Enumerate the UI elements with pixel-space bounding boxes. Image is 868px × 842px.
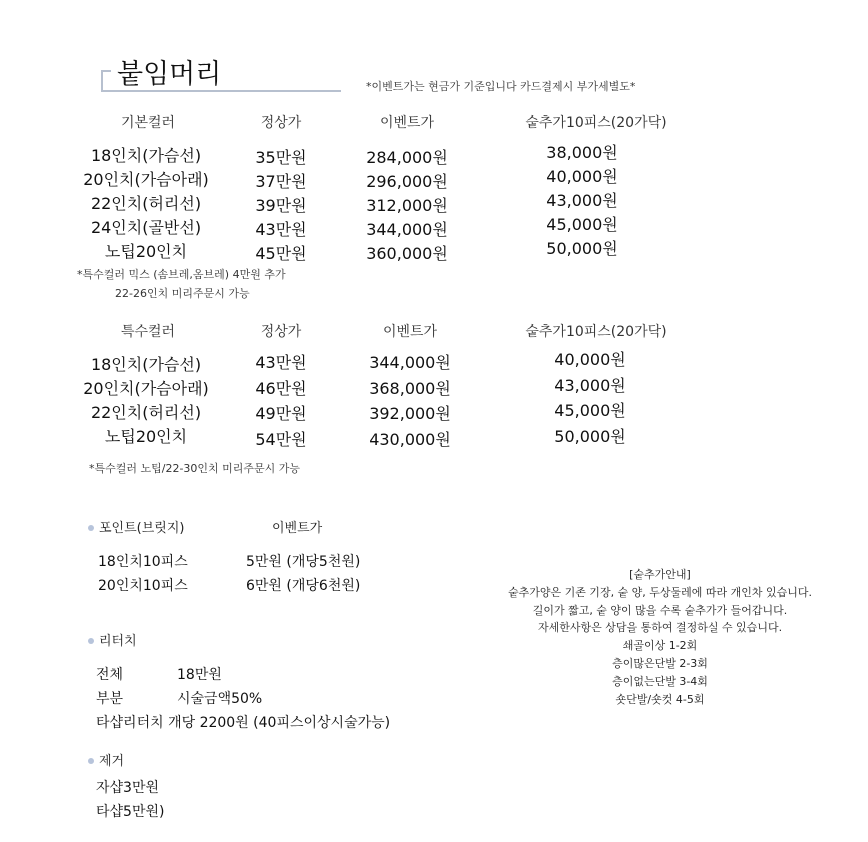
table-cell: 40,000원 <box>492 164 672 187</box>
table-cell: 54만원 <box>236 427 326 450</box>
point-price-header: 이벤트가 <box>272 517 322 536</box>
table-cell: 430,000원 <box>345 427 475 450</box>
guide-line: 길이가 짧고, 숱 양이 많을 수록 숱추가가 들어갑니다. <box>495 602 825 620</box>
table-cell: 45,000원 <box>492 212 672 235</box>
table-cell: 43만원 <box>236 217 326 240</box>
point-item-price: 5만원 (개당5천원) <box>246 551 360 571</box>
preorder-note: 22-26인치 미리주문시 가능 <box>115 285 250 301</box>
retouch-item-label: 전체 <box>96 664 123 684</box>
removal-item: 타샵5만원) <box>96 801 164 821</box>
page-header: 붙임머리 <box>101 52 341 92</box>
guide-line: 숱추가양은 기존 기장, 숱 양, 두상둘레에 따라 개인차 있습니다. <box>495 584 825 602</box>
removal-title: 제거 <box>88 750 124 769</box>
basic-header-regular: 정상가 <box>236 112 326 132</box>
point-item-price: 6만원 (개당6천원) <box>246 575 360 595</box>
guide-line: 쇄골이상 1-2회 <box>495 637 825 655</box>
table-cell: 344,000원 <box>342 217 472 240</box>
table-cell: 45만원 <box>236 241 326 264</box>
table-cell: 40,000원 <box>500 347 680 370</box>
table-cell: 20인치(가슴아래) <box>56 376 236 399</box>
table-cell: 35만원 <box>236 145 326 168</box>
basic-header-volume: 숱추가10피스(20가닥) <box>506 112 686 132</box>
table-cell: 39만원 <box>236 193 326 216</box>
table-cell: 노팁20인치 <box>56 424 236 447</box>
retouch-item-value: 시술금액50% <box>177 688 262 708</box>
table-cell: 392,000원 <box>345 401 475 424</box>
basic-header-color: 기본컬러 <box>58 112 238 132</box>
volume-guide: [숱추가안내] 숱추가양은 기존 기장, 숱 양, 두상둘레에 따라 개인차 있… <box>495 566 825 708</box>
table-cell: 43만원 <box>236 350 326 373</box>
table-cell: 22인치(허리선) <box>56 191 236 214</box>
table-cell: 43,000원 <box>492 188 672 211</box>
table-cell: 38,000원 <box>492 140 672 163</box>
guide-line: 숏단발/숏컷 4-5회 <box>495 691 825 709</box>
bullet-icon <box>88 525 94 531</box>
table-cell: 24인치(골반선) <box>56 215 236 238</box>
table-cell: 43,000원 <box>500 373 680 396</box>
special-header-color: 특수컬러 <box>58 321 238 341</box>
guide-line: 자세한사항은 상담을 통하여 결정하실 수 있습니다. <box>495 619 825 637</box>
table-cell: 20인치(가슴아래) <box>56 167 236 190</box>
guide-line: 층이없는단발 3-4회 <box>495 673 825 691</box>
cash-price-notice: *이벤트가는 현금가 기준입니다 카드결제시 부가세별도* <box>366 78 635 94</box>
table-cell: 18인치(가슴선) <box>56 352 236 375</box>
table-cell: 284,000원 <box>342 145 472 168</box>
guide-title: [숱추가안내] <box>495 566 825 584</box>
retouch-extra: 타샵리터치 개당 2200원 (40피스이상시술가능) <box>96 712 390 732</box>
table-cell: 368,000원 <box>345 376 475 399</box>
special-preorder-note: *특수컬러 노팁/22-30인치 미리주문시 가능 <box>89 460 300 476</box>
basic-header-event: 이벤트가 <box>342 112 472 132</box>
retouch-item-value: 18만원 <box>177 664 222 684</box>
special-header-volume: 숱추가10피스(20가닥) <box>506 321 686 341</box>
table-cell: 37만원 <box>236 169 326 192</box>
special-header-event: 이벤트가 <box>345 321 475 341</box>
removal-item: 자샵3만원 <box>96 777 159 797</box>
table-cell: 296,000원 <box>342 169 472 192</box>
retouch-title: 리터치 <box>88 630 137 649</box>
table-cell: 360,000원 <box>342 241 472 264</box>
point-item-label: 18인치10피스 <box>98 551 188 571</box>
table-cell: 46만원 <box>236 376 326 399</box>
table-cell: 18인치(가슴선) <box>56 143 236 166</box>
table-cell: 22인치(허리선) <box>56 400 236 423</box>
title-corner-decoration <box>101 70 111 92</box>
table-cell: 344,000원 <box>345 350 475 373</box>
point-item-label: 20인치10피스 <box>98 575 188 595</box>
bullet-icon <box>88 638 94 644</box>
table-cell: 49만원 <box>236 401 326 424</box>
retouch-item-label: 부분 <box>96 688 123 708</box>
special-header-regular: 정상가 <box>236 321 326 341</box>
table-cell: 312,000원 <box>342 193 472 216</box>
point-title: 포인트(브릿지) <box>88 517 185 536</box>
table-cell: 50,000원 <box>492 236 672 259</box>
bullet-icon <box>88 758 94 764</box>
table-cell: 50,000원 <box>500 424 680 447</box>
table-cell: 노팁20인치 <box>56 239 236 262</box>
special-mix-note: *특수컬러 믹스 (솜브레,옴브레) 4만원 추가 <box>77 266 286 282</box>
page-title: 붙임머리 <box>117 52 221 91</box>
guide-line: 층이많은단발 2-3회 <box>495 655 825 673</box>
table-cell: 45,000원 <box>500 398 680 421</box>
